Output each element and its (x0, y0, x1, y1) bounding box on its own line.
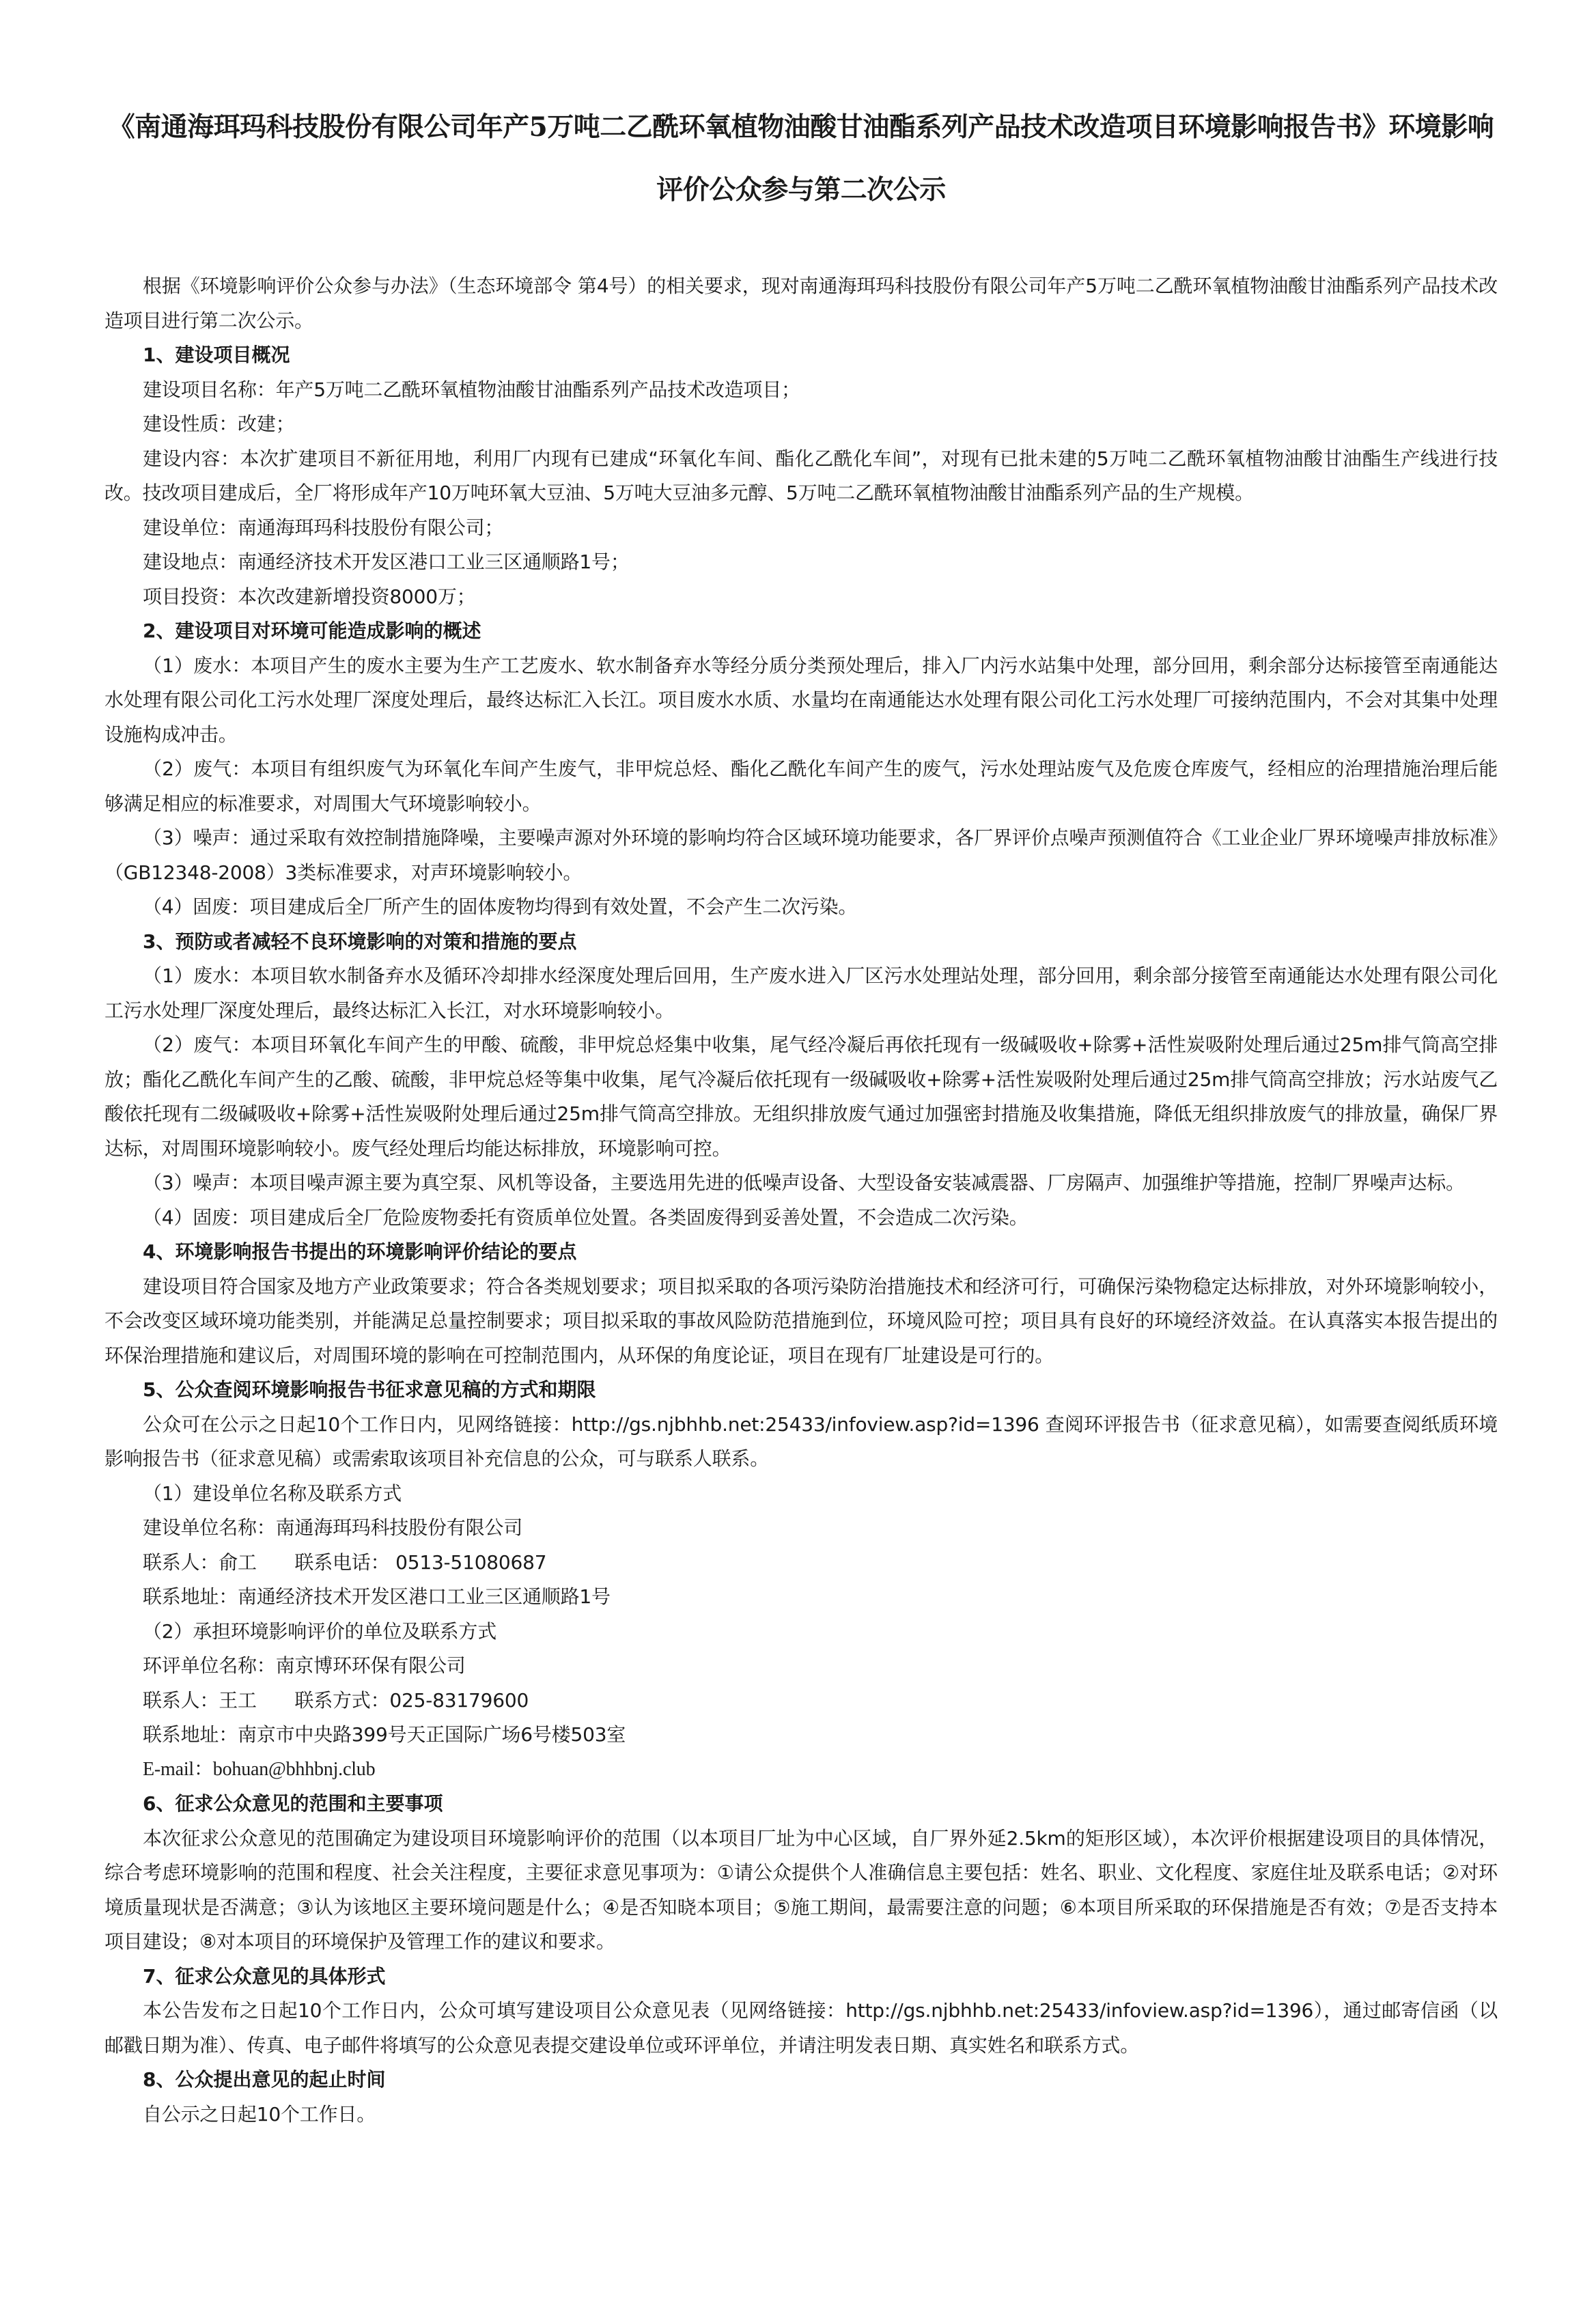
measure-wastewater: （1）废水：本项目软水制备弃水及循环冷却排水经深度处理后回用，生产废水进入厂区污… (104, 959, 1498, 1028)
project-name: 建设项目名称：年产5万吨二乙酰环氧植物油酸甘油酯系列产品技术改造项目； (104, 373, 1498, 408)
section-countermeasures: 3、预防或者减轻不良环境影响的对策和措施的要点 （1）废水：本项目软水制备弃水及… (104, 925, 1498, 1236)
builder-address: 联系地址：南通经济技术开发区港口工业三区通顺路1号 (104, 1580, 1498, 1615)
section-heading: 4、环境影响报告书提出的环境影响评价结论的要点 (104, 1235, 1498, 1270)
section-period: 8、公众提出意见的起止时间 自公示之日起10个工作日。 (104, 2063, 1498, 2132)
measure-noise: （3）噪声：本项目噪声源主要为真空泵、风机等设备，主要选用先进的低噪声设备、大型… (104, 1166, 1498, 1201)
section-heading: 6、征求公众意见的范围和主要事项 (104, 1787, 1498, 1822)
project-content: 建设内容：本次扩建项目不新征用地，利用厂内现有已建成“环氧化车间、酯化乙酰化车间… (104, 442, 1498, 511)
project-investment: 项目投资：本次改建新增投资8000万； (104, 580, 1498, 615)
eia-address: 联系地址：南京市中央路399号天正国际广场6号楼503室 (104, 1718, 1498, 1753)
scope-paragraph: 本次征求公众意见的范围确定为建设项目环境影响评价的范围（以本项目厂址为中心区域，… (104, 1822, 1498, 1960)
document-title: 《南通海珥玛科技股份有限公司年产5万吨二乙酰环氧植物油酸甘油酯系列产品技术改造项… (104, 96, 1498, 221)
project-location: 建设地点：南通经济技术开发区港口工业三区通顺路1号； (104, 545, 1498, 580)
intro-paragraph: 根据《环境影响评价公众参与办法》（生态环境部令 第4号）的相关要求，现对南通海珥… (104, 269, 1498, 338)
builder-name: 建设单位名称：南通海珥玛科技股份有限公司 (104, 1511, 1498, 1546)
review-method-paragraph: 公众可在公示之日起10个工作日内，见网络链接：http://gs.njbhhb.… (104, 1408, 1498, 1477)
section-heading: 1、建设项目概况 (104, 338, 1498, 373)
builder-contact-heading: （1）建设单位名称及联系方式 (104, 1477, 1498, 1512)
eia-email: E-mail：bohuan@bhhbnj.club (104, 1753, 1498, 1787)
section-review-method: 5、公众查阅环境影响报告书征求意见稿的方式和期限 公众可在公示之日起10个工作日… (104, 1373, 1498, 1787)
section-heading: 8、公众提出意见的起止时间 (104, 2063, 1498, 2098)
builder-contact: 联系人：俞工 联系电话： 0513-51080687 (104, 1546, 1498, 1580)
eia-contact: 联系人：王工 联系方式：025-83179600 (104, 1684, 1498, 1718)
impact-solid-waste: （4）固废：项目建成后全厂所产生的固体废物均得到有效处置，不会产生二次污染。 (104, 890, 1498, 925)
period-paragraph: 自公示之日起10个工作日。 (104, 2098, 1498, 2132)
section-impact-overview: 2、建设项目对环境可能造成影响的概述 （1）废水：本项目产生的废水主要为生产工艺… (104, 614, 1498, 925)
section-heading: 3、预防或者减轻不良环境影响的对策和措施的要点 (104, 925, 1498, 960)
section-scope: 6、征求公众意见的范围和主要事项 本次征求公众意见的范围确定为建设项目环境影响评… (104, 1787, 1498, 1960)
impact-noise: （3）噪声：通过采取有效控制措施降噪，主要噪声源对外环境的影响均符合区域环境功能… (104, 821, 1498, 890)
measure-solid-waste: （4）固废：项目建成后全厂危险废物委托有资质单位处置。各类固废得到妥善处置，不会… (104, 1201, 1498, 1236)
section-heading: 2、建设项目对环境可能造成影响的概述 (104, 614, 1498, 649)
conclusion-paragraph: 建设项目符合国家及地方产业政策要求；符合各类规划要求；项目拟采取的各项污染防治措… (104, 1270, 1498, 1374)
project-nature: 建设性质：改建； (104, 407, 1498, 442)
eia-name: 环评单位名称：南京博环环保有限公司 (104, 1649, 1498, 1684)
project-builder: 建设单位：南通海珥玛科技股份有限公司； (104, 511, 1498, 546)
section-heading: 5、公众查阅环境影响报告书征求意见稿的方式和期限 (104, 1373, 1498, 1408)
impact-wastewater: （1）废水：本项目产生的废水主要为生产工艺废水、软水制备弃水等经分质分类预处理后… (104, 649, 1498, 753)
section-heading: 7、征求公众意见的具体形式 (104, 1960, 1498, 1994)
section-form: 7、征求公众意见的具体形式 本公告发布之日起10个工作日内，公众可填写建设项目公… (104, 1960, 1498, 2063)
eia-contact-heading: （2）承担环境影响评价的单位及联系方式 (104, 1615, 1498, 1649)
section-conclusion: 4、环境影响报告书提出的环境影响评价结论的要点 建设项目符合国家及地方产业政策要… (104, 1235, 1498, 1373)
measure-exhaust: （2）废气：本项目环氧化车间产生的甲酸、硫酸，非甲烷总烃集中收集，尾气经冷凝后再… (104, 1028, 1498, 1166)
section-project-overview: 1、建设项目概况 建设项目名称：年产5万吨二乙酰环氧植物油酸甘油酯系列产品技术改… (104, 338, 1498, 614)
impact-exhaust: （2）废气：本项目有组织废气为环氧化车间产生废气，非甲烷总烃、酯化乙酰化车间产生… (104, 752, 1498, 821)
document-page: 《南通海珥玛科技股份有限公司年产5万吨二乙酰环氧植物油酸甘油酯系列产品技术改造项… (104, 96, 1498, 2132)
form-paragraph: 本公告发布之日起10个工作日内，公众可填写建设项目公众意见表（见网络链接：htt… (104, 1994, 1498, 2063)
